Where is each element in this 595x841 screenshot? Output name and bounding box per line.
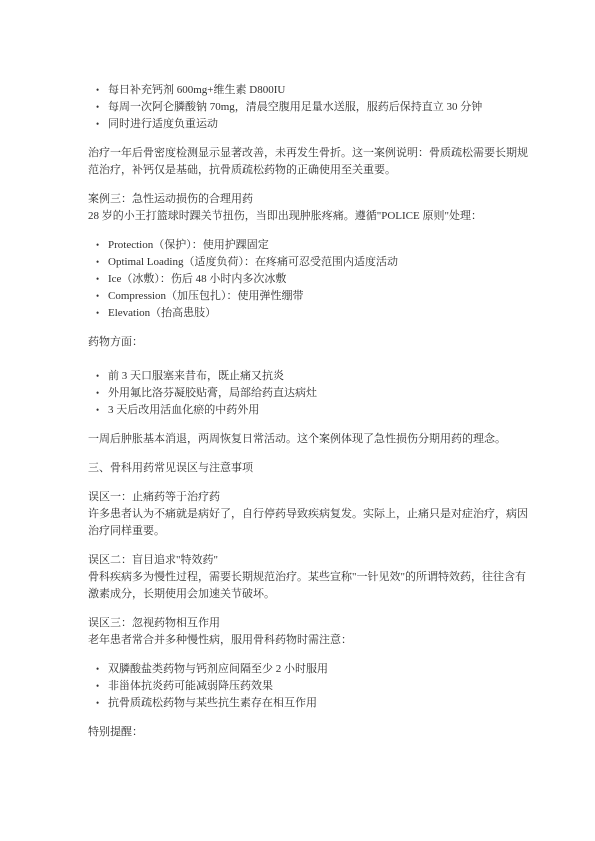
medication-list: • 前 3 天口服塞来昔布，既止痛又抗炎 • 外用氟比洛芬凝胶贴膏，局部给药直达… [88,368,317,419]
list-item: • Compression（加压包扎）：使用弹性绷带 [88,288,398,305]
list-item: • Protection（保护）：使用护踝固定 [88,237,398,254]
bullet-icon: • [96,99,99,116]
list-item-text: Ice（冰敷）：伤后 48 小时内多次冰敷 [108,273,286,285]
bullet-icon: • [96,368,99,385]
bullet-icon: • [96,385,99,402]
paragraph-line: 范治疗，补钙仅是基础，抗骨质疏松药物的正确使用至关重要。 [88,162,528,179]
paragraph-line: 许多患者认为不痛就是病好了，自行停药导致疾病复发。实际上，止痛只是对症治疗，病因 [88,506,528,523]
list-item-text: Optimal Loading（适度负荷）：在疼痛可忍受范围内适度活动 [108,256,398,268]
paragraph-line: 治疗一年后骨密度检测显示显著改善，未再发生骨折。这一案例说明：骨质疏松需要长期规 [88,145,528,162]
list-item: • Elevation（抬高患肢） [88,305,398,322]
myth3-block: 误区三：忽视药物相互作用 老年患者常合并多种慢性病，服用骨科药物时需注意： [88,615,352,649]
paragraph-line: 药物方面： [88,334,143,351]
list-item: • 3 天后改用活血化瘀的中药外用 [88,402,317,419]
bullet-icon: • [96,254,99,271]
list-item-text: 前 3 天口服塞来昔布，既止痛又抗炎 [108,370,284,382]
bullet-icon: • [96,678,99,695]
special-reminder: 特别提醒： [88,724,143,741]
calcium-regimen-list: • 每日补充钙剂 600mg+维生素 D800IU • 每周一次阿仑膦酸钠 70… [88,82,482,133]
list-item-text: 双膦酸盐类药物与钙剂应间隔至少 2 小时服用 [108,663,328,675]
list-item: • 抗骨质疏松药物与某些抗生素存在相互作用 [88,695,328,712]
paragraph-line: 特别提醒： [88,724,143,741]
paragraph-line: 骨科疾病多为慢性过程，需要长期规范治疗。某些宣称"一针见效"的所谓特效药，往往含… [88,569,526,586]
list-item-text: 每日补充钙剂 600mg+维生素 D800IU [108,84,285,96]
list-item-text: Elevation（抬高患肢） [108,307,216,319]
list-item-text: Compression（加压包扎）：使用弹性绷带 [108,290,304,302]
case3-intro: 28 岁的小王打篮球时踝关节扭伤，当即出现肿胀疼痛。遵循"POLICE 原则"处… [88,208,482,225]
list-item: • 每周一次阿仑膦酸钠 70mg，清晨空腹用足量水送服，服药后保持直立 30 分… [88,99,482,116]
paragraph-line: 激素成分，长期使用会加速关节破坏。 [88,586,526,603]
list-item: • Optimal Loading（适度负荷）：在疼痛可忍受范围内适度活动 [88,254,398,271]
treatment-result-paragraph: 治疗一年后骨密度检测显示显著改善，未再发生骨折。这一案例说明：骨质疏松需要长期规… [88,145,528,179]
list-item: • 外用氟比洛芬凝胶贴膏，局部给药直达病灶 [88,385,317,402]
bullet-icon: • [96,288,99,305]
list-item-text: 同时进行适度负重运动 [108,118,218,130]
case3-block: 案例三：急性运动损伤的合理用药 28 岁的小王打篮球时踝关节扭伤，当即出现肿胀疼… [88,191,482,225]
bullet-icon: • [96,271,99,288]
section-heading: 三、骨科用药常见误区与注意事项 [88,460,253,477]
list-item-text: 每周一次阿仑膦酸钠 70mg，清晨空腹用足量水送服，服药后保持直立 30 分钟 [108,101,482,113]
list-item: • 非甾体抗炎药可能减弱降压药效果 [88,678,328,695]
police-principle-list: • Protection（保护）：使用护踝固定 • Optimal Loadin… [88,237,398,322]
medication-heading: 药物方面： [88,334,143,351]
bullet-icon: • [96,116,99,133]
list-item-text: 3 天后改用活血化瘀的中药外用 [108,404,259,416]
bullet-icon: • [96,305,99,322]
list-item: • 每日补充钙剂 600mg+维生素 D800IU [88,82,482,99]
list-item-text: 外用氟比洛芬凝胶贴膏，局部给药直达病灶 [108,387,317,399]
bullet-icon: • [96,237,99,254]
paragraph-line: 一周后肿胀基本消退，两周恢复日常活动。这个案例体现了急性损伤分期用药的理念。 [88,431,506,448]
list-item: • 前 3 天口服塞来昔布，既止痛又抗炎 [88,368,317,385]
drug-interaction-list: • 双膦酸盐类药物与钙剂应间隔至少 2 小时服用 • 非甾体抗炎药可能减弱降压药… [88,661,328,712]
bullet-icon: • [96,661,99,678]
bullet-icon: • [96,402,99,419]
list-item: • 同时进行适度负重运动 [88,116,482,133]
myth2-block: 误区二：盲目追求"特效药" 骨科疾病多为慢性过程，需要长期规范治疗。某些宣称"一… [88,552,526,603]
bullet-icon: • [96,695,99,712]
list-item: • Ice（冰敷）：伤后 48 小时内多次冰敷 [88,271,398,288]
paragraph-line: 治疗同样重要。 [88,523,528,540]
paragraph-line: 老年患者常合并多种慢性病，服用骨科药物时需注意： [88,632,352,649]
case3-title: 案例三：急性运动损伤的合理用药 [88,191,482,208]
list-item: • 双膦酸盐类药物与钙剂应间隔至少 2 小时服用 [88,661,328,678]
myth1-title: 误区一：止痛药等于治疗药 [88,489,528,506]
myth3-title: 误区三：忽视药物相互作用 [88,615,352,632]
list-item-text: Protection（保护）：使用护踝固定 [108,239,269,251]
list-item-text: 非甾体抗炎药可能减弱降压药效果 [108,680,273,692]
bullet-icon: • [96,82,99,99]
myth2-title: 误区二：盲目追求"特效药" [88,552,526,569]
document-page: • 每日补充钙剂 600mg+维生素 D800IU • 每周一次阿仑膦酸钠 70… [0,0,595,841]
case3-outcome-paragraph: 一周后肿胀基本消退，两周恢复日常活动。这个案例体现了急性损伤分期用药的理念。 [88,431,506,448]
myth1-block: 误区一：止痛药等于治疗药 许多患者认为不痛就是病好了，自行停药导致疾病复发。实际… [88,489,528,540]
section3-title: 三、骨科用药常见误区与注意事项 [88,460,253,477]
list-item-text: 抗骨质疏松药物与某些抗生素存在相互作用 [108,697,317,709]
